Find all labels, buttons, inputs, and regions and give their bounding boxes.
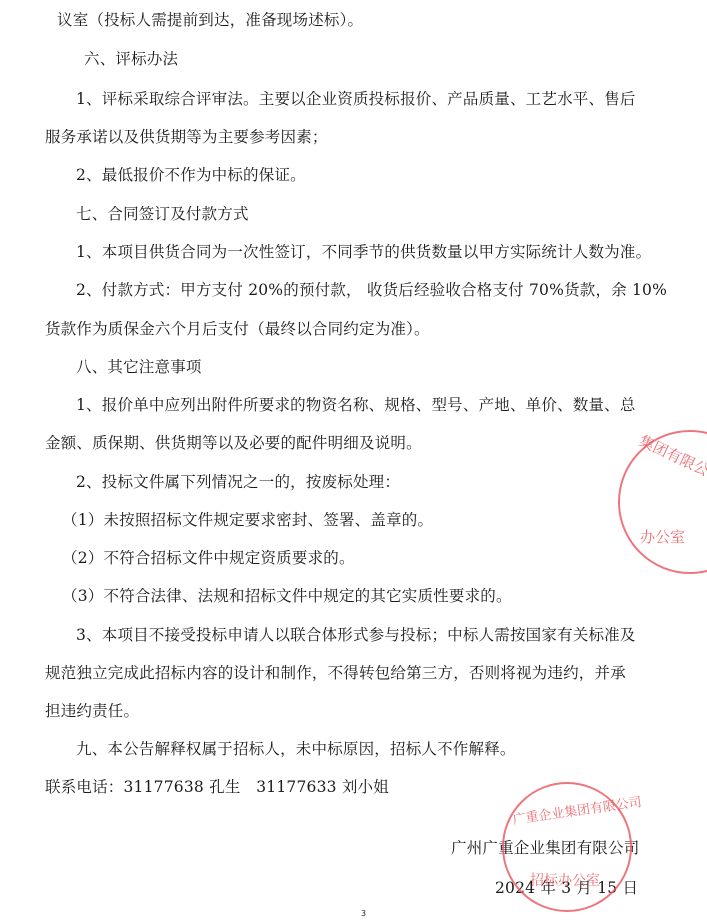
text-line: （1）未按照招标文件规定要求密封、签署、盖章的。 xyxy=(62,508,433,530)
text-line: 规范独立完成此招标内容的设计和制作，不得转包给第三方，否则将视为违约，并承 xyxy=(45,661,626,683)
text-line: 1、评标采取综合评审法。主要以企业资质投标报价、产品质量、工艺水平、售后 xyxy=(76,87,636,109)
text-line: 议室（投标人需提前到达，准备现场述标）。 xyxy=(57,8,363,30)
stamp-office-text: 办公室 xyxy=(640,526,685,547)
text-line: 九、本公告解释权属于招标人，未中标原因，招标人不作解释。 xyxy=(76,737,516,759)
text-line: 2、最低报价不作为中标的保证。 xyxy=(76,163,306,185)
text-line: 3、本项目不接受投标申请人以联合体形式参与投标；中标人需按国家有关标准及 xyxy=(76,623,636,645)
stamp-office-text: 招标办公室 xyxy=(530,870,600,890)
contact-phone: 联系电话：31177638 孔生 31177633 刘小姐 xyxy=(45,775,389,797)
section-heading: 六、评标办法 xyxy=(84,47,178,69)
text-line: 服务承诺以及供货期等为主要参考因素； xyxy=(45,125,328,147)
company-signature: 广州广重企业集团有限公司 xyxy=(451,836,639,858)
text-line: 1、本项目供货合同为一次性签订，不同季节的供货数量以甲方实际统计人数为准。 xyxy=(76,240,651,262)
text-line: 金额、质保期、供货期等以及必要的配件明细及说明。 xyxy=(45,431,422,453)
text-line: 2、付款方式：甲方支付 20%的预付款， 收货后经验收合格支付 70%货款，余 … xyxy=(76,278,667,300)
text-line: （3）不符合法律、法规和招标文件中规定的其它实质性要求的。 xyxy=(62,584,512,606)
page-number: 3 xyxy=(361,909,366,918)
text-line: （2）不符合招标文件中规定资质要求的。 xyxy=(62,546,355,568)
text-line: 担违约责任。 xyxy=(45,699,139,721)
text-line: 1、报价单中应列出附件所要求的物资名称、规格、型号、产地、单价、数量、总 xyxy=(76,393,636,415)
section-heading: 八、其它注意事项 xyxy=(76,355,202,377)
stamp-text: 集团有限公司 xyxy=(636,430,707,487)
text-line: 2、投标文件属下列情况之一的，按废标处理： xyxy=(76,470,400,492)
stamp-text: 广重企业集团有限公司 xyxy=(511,791,642,828)
section-heading: 七、合同签订及付款方式 xyxy=(76,202,249,224)
text-line: 货款作为质保金六个月后支付（最终以合同约定为准）。 xyxy=(45,317,430,339)
